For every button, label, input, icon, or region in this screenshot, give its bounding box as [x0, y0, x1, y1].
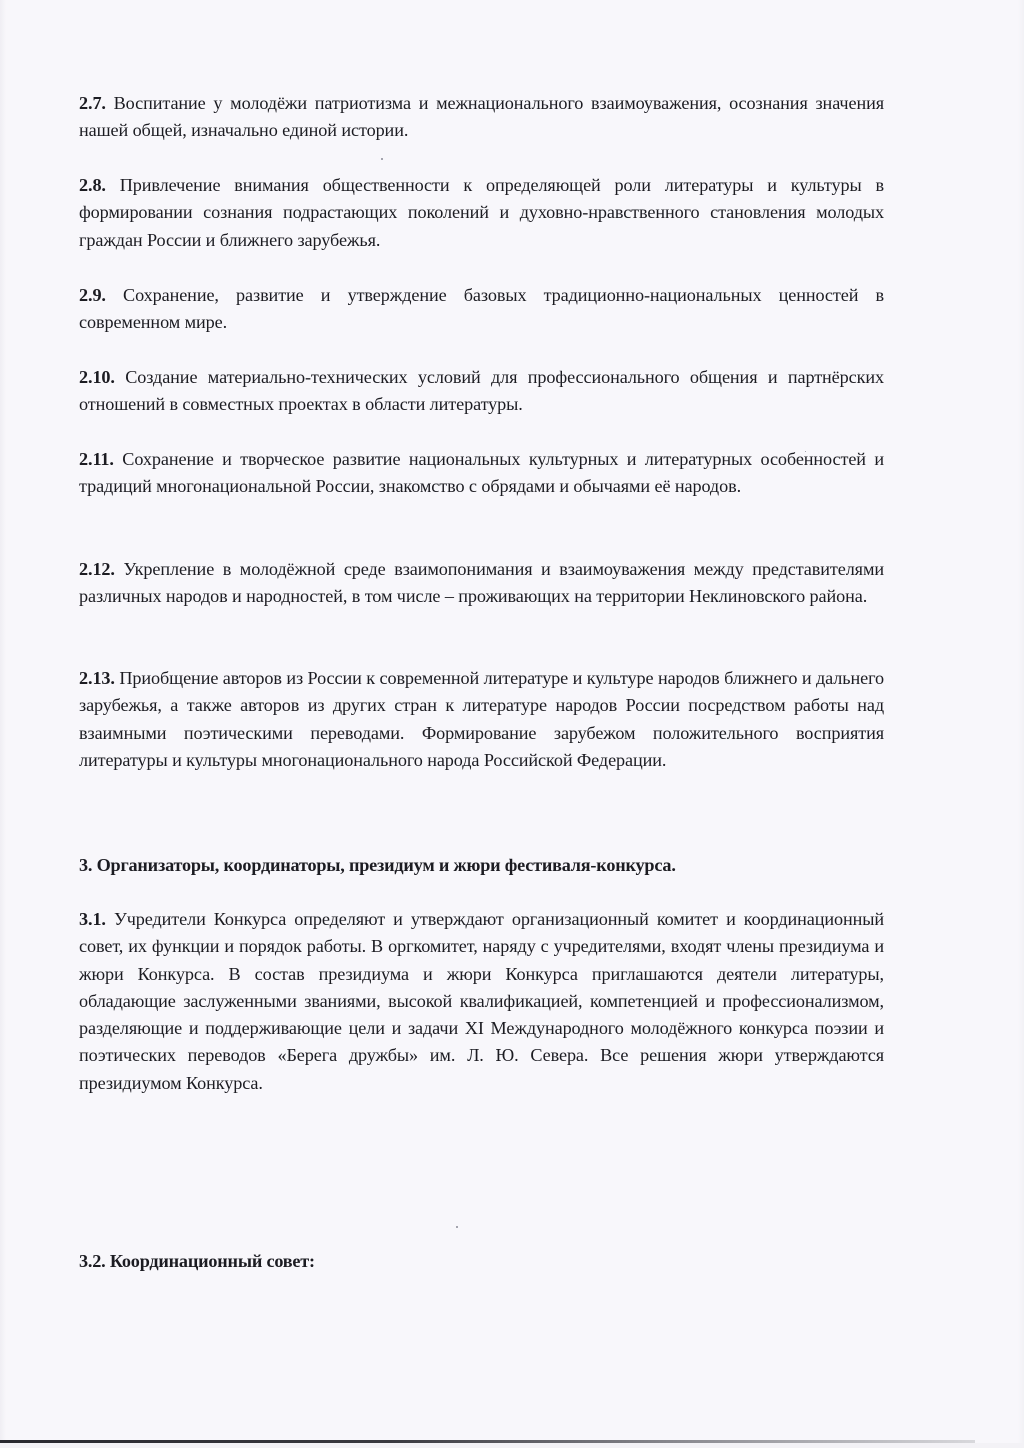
paragraph-text: Создание материально-технических условий…	[79, 367, 884, 414]
section-3-heading: 3. Организаторы, координаторы, президиум…	[79, 852, 676, 879]
paragraph-text: Учредители Конкурса определяют и утвержд…	[79, 909, 884, 1093]
scanned-page: 2.7. Воспитание у молодёжи патриотизма и…	[0, 0, 1024, 1448]
paragraph-2-8: 2.8. Привлечение внимания общественности…	[79, 172, 884, 254]
paragraph-number: 2.10.	[79, 367, 115, 387]
paragraph-number: 2.8.	[79, 175, 106, 195]
paragraph-2-13: 2.13. Приобщение авторов из России к сов…	[79, 665, 884, 774]
paragraph-2-12: 2.12. Укрепление в молодёжной среде взаи…	[79, 556, 884, 611]
paragraph-2-11: 2.11. Сохранение и творческое развитие н…	[79, 446, 884, 501]
section-3-2-heading: 3.2. Координационный совет:	[79, 1248, 315, 1275]
paragraph-number: 2.12.	[79, 559, 115, 579]
scan-speck	[456, 1226, 458, 1228]
scan-speck	[805, 451, 806, 452]
paragraph-text: Сохранение и творческое развитие национа…	[79, 449, 884, 496]
paragraph-number: 2.13.	[79, 668, 115, 688]
paragraph-number: 2.11.	[79, 449, 114, 469]
paragraph-text: Привлечение внимания общественности к оп…	[79, 175, 884, 250]
paragraph-number: 3.1.	[79, 909, 106, 929]
scan-bottom-shade	[0, 1443, 1024, 1448]
paragraph-2-7: 2.7. Воспитание у молодёжи патриотизма и…	[79, 90, 884, 145]
paragraph-2-9: 2.9. Сохранение, развитие и утверждение …	[79, 282, 884, 337]
scan-speck	[381, 158, 383, 160]
paragraph-text: Укрепление в молодёжной среде взаимопони…	[79, 559, 884, 606]
paragraph-number: 2.7.	[79, 93, 106, 113]
paragraph-text: Сохранение, развитие и утверждение базов…	[79, 285, 884, 332]
paragraph-text: Приобщение авторов из России к современн…	[79, 668, 884, 770]
paragraph-text: Воспитание у молодёжи патриотизма и межн…	[79, 93, 884, 140]
paragraph-2-10: 2.10. Создание материально-технических у…	[79, 364, 884, 419]
paragraph-3-1: 3.1. Учредители Конкурса определяют и ут…	[79, 906, 884, 1097]
paragraph-number: 2.9.	[79, 285, 106, 305]
